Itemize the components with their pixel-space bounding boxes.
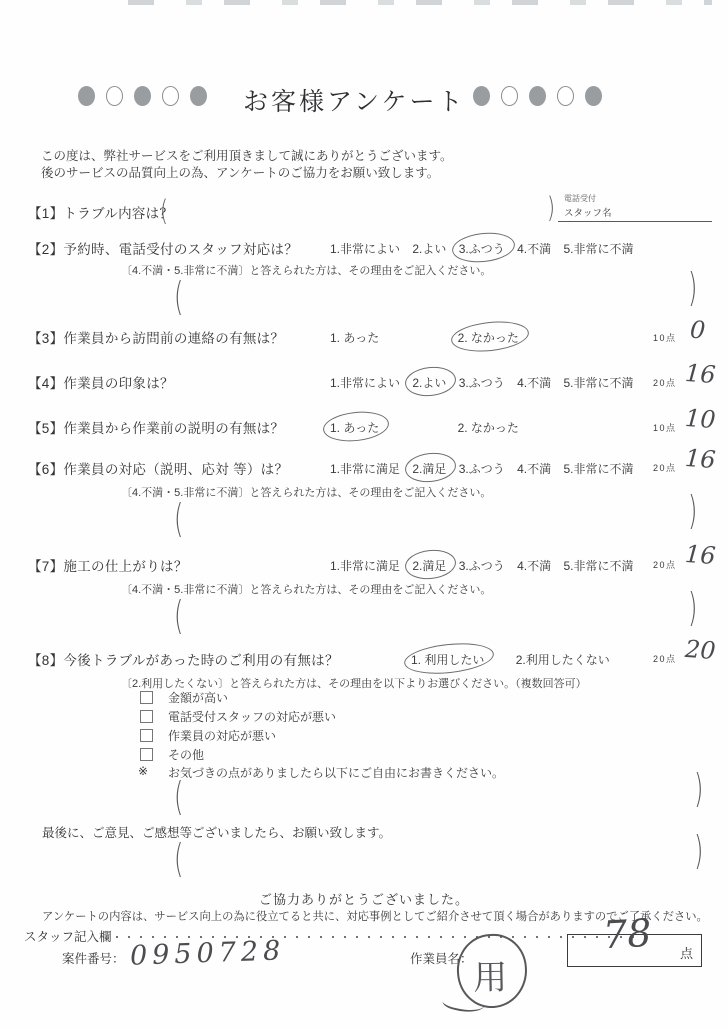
option: 4.不満: [517, 460, 551, 477]
question-8: 【8】今後トラブルがあった時のご利用の有無は？: [28, 649, 339, 669]
question-1-text: トラブル内容は？: [63, 206, 173, 221]
checkbox-label: その他: [168, 746, 204, 763]
handwritten-score: 16: [684, 540, 716, 570]
option-circled: 2.満足: [412, 557, 446, 574]
question-3: 【3】作業員から訪問前の連絡の有無は？: [28, 327, 284, 347]
dot-outline-icon: [557, 86, 574, 106]
intro-line-1: この度は、弊社サービスをご利用頂きまして誠にありがとうございます。: [41, 146, 453, 164]
question-7-text: 施工の仕上がりは？: [63, 559, 187, 574]
option: 3.ふつう: [459, 374, 505, 391]
staff-corner-line1: 電話受付: [564, 193, 596, 204]
points-label: 20点: [653, 461, 677, 474]
dot-outline-icon: [501, 86, 518, 106]
handwritten-score: 16: [684, 444, 716, 474]
points-label: 10点: [653, 331, 677, 344]
option: 2.よい: [412, 240, 446, 257]
option: 5.非常に不満: [563, 460, 633, 477]
option: 1.非常に満足: [330, 557, 400, 574]
free-response-bracket-close: [688, 493, 697, 532]
question-5-number: 【5】: [28, 421, 63, 436]
option: 1.非常に満足: [330, 460, 400, 477]
score-unit-label: 点: [680, 943, 693, 962]
question-3-options: 1. あった 2. なかった: [330, 329, 557, 346]
free-response-bracket-open: [174, 279, 183, 318]
question-7-options: 1.非常に満足 2.満足 3.ふつう 4.不満 5.非常に不満: [330, 557, 642, 574]
free-response-bracket-close: [688, 270, 697, 309]
dot-filled-icon: [134, 86, 151, 106]
staff-name-underline: [558, 221, 712, 222]
dot-outline-icon: [162, 86, 179, 106]
question-7-number: 【7】: [28, 559, 63, 574]
intro-line-2: 後のサービスの品質向上の為、アンケートのご協力をお願い致します。: [41, 163, 439, 181]
checkbox-price-high: [140, 691, 153, 704]
option: 5.非常に不満: [563, 374, 633, 391]
staff-corner-line2: スタッフ名: [564, 205, 612, 219]
question-3-number: 【3】: [28, 331, 63, 346]
free-response-bracket-open: [174, 598, 183, 637]
survey-form-page: お客様アンケート この度は、弊社サービスをご利用頂きまして誠にありがとうございま…: [0, 0, 728, 1029]
total-score-handwritten: 78: [602, 911, 653, 957]
handwritten-score: 0: [689, 316, 706, 345]
answer-bracket-close: [547, 193, 555, 222]
staff-entry-label: スタッフ記入欄: [24, 930, 112, 944]
points-label: 20点: [653, 558, 677, 571]
question-8-number: 【8】: [28, 653, 63, 668]
dot-filled-icon: [529, 86, 546, 106]
header-dots-left: [78, 86, 207, 106]
option: 3.ふつう: [459, 460, 505, 477]
points-label: 20点: [653, 376, 677, 389]
question-6-options: 1.非常に満足 2.満足 3.ふつう 4.不満 5.非常に不満: [330, 460, 642, 477]
option: 2.利用したくない: [516, 651, 610, 668]
question-8-text: 今後トラブルがあった時のご利用の有無は？: [63, 653, 338, 668]
option: 4.不満: [517, 240, 551, 257]
question-1: 【1】トラブル内容は？: [28, 202, 173, 222]
option-circled: 3.ふつう: [459, 240, 505, 257]
question-5: 【5】作業員から作業前の説明の有無は？: [28, 417, 284, 437]
question-2: 【2】予約時、電話受付のスタッフ対応は？: [28, 238, 298, 258]
checkbox-label: 電話受付スタッフの対応が悪い: [168, 708, 336, 725]
question-2-options: 1.非常によい 2.よい 3.ふつう 4.不満 5.非常に不満: [330, 240, 642, 257]
question-7: 【7】施工の仕上がりは？: [28, 555, 188, 575]
page-title: お客様アンケート: [243, 82, 466, 118]
option: 5.非常に不満: [563, 557, 633, 574]
option: 1. あった: [330, 329, 379, 346]
option-circled: 2.満足: [412, 460, 446, 477]
handwritten-score: 20: [684, 635, 716, 665]
free-comment-marker: ※: [138, 764, 148, 778]
dot-filled-icon: [473, 86, 490, 106]
header-dots-right: [473, 86, 602, 106]
option-circled: 2.よい: [412, 374, 446, 391]
points-label: 10点: [653, 421, 677, 434]
free-response-bracket-close: [688, 590, 697, 629]
question-6-text: 作業員の対応（説明、応対 等）は？: [63, 462, 288, 477]
free-response-bracket-open: [174, 501, 183, 540]
dot-filled-icon: [78, 86, 95, 106]
question-6-number: 【6】: [28, 462, 63, 477]
case-number-label: 案件番号：: [62, 949, 125, 967]
dot-outline-icon: [106, 86, 123, 106]
free-response-bracket-open: [174, 779, 183, 818]
free-comment-prompt: お気づきの点がありましたら以下にご自由にお書きください。: [168, 764, 504, 781]
scan-artifact-strip: [128, 0, 712, 5]
option-circled: 1. あった: [330, 419, 379, 436]
option: 5.非常に不満: [563, 240, 633, 257]
option: 4.不満: [517, 557, 551, 574]
thanks-message: ご協力ありがとうございました。: [0, 889, 728, 908]
question-5-options: 1. あった 2. なかった: [330, 419, 557, 436]
handwritten-score: 16: [684, 359, 716, 389]
worker-name-character: 用: [473, 950, 508, 1000]
checkbox-other: [140, 748, 153, 761]
question-4: 【4】作業員の印象は？: [28, 372, 174, 392]
question-1-number: 【1】: [28, 206, 63, 221]
checkbox-label: 作業員の対応が悪い: [168, 727, 276, 744]
question-4-options: 1.非常によい 2.よい 3.ふつう 4.不満 5.非常に不満: [330, 374, 642, 391]
question-4-text: 作業員の印象は？: [63, 376, 173, 391]
option-circled: 2. なかった: [458, 329, 519, 346]
option-circled: 1. 利用したい: [411, 651, 484, 668]
answer-bracket-open: [160, 196, 168, 225]
case-number-handwritten: 0950728: [130, 935, 286, 971]
dot-filled-icon: [585, 86, 602, 106]
final-comment-prompt: 最後に、ご意見、ご感想等ございましたら、お願い致します。: [42, 823, 391, 841]
option: 1.非常によい: [330, 240, 400, 257]
question-8-options: 1. 利用したい 2.利用したくない: [411, 651, 619, 668]
free-response-bracket-open: [174, 841, 183, 880]
question-2-number: 【2】: [28, 242, 63, 257]
question-5-text: 作業員から作業前の説明の有無は？: [63, 421, 284, 436]
free-response-bracket-close: [694, 771, 703, 810]
staff-entry-section: スタッフ記入欄・・・・・・・・・・・・・・・・・・・・・・・・・・・・・・・・・…: [24, 927, 652, 945]
option: 2. なかった: [458, 419, 519, 436]
checkbox-worker-bad: [140, 729, 153, 742]
option: 1.非常によい: [330, 374, 400, 391]
question-2-text: 予約時、電話受付のスタッフ対応は？: [63, 242, 298, 257]
points-label: 20点: [653, 652, 677, 665]
question-3-text: 作業員から訪問前の連絡の有無は？: [63, 331, 284, 346]
free-response-bracket-close: [694, 833, 703, 872]
question-4-number: 【4】: [28, 376, 63, 391]
checkbox-phone-staff-bad: [140, 710, 153, 723]
question-6: 【6】作業員の対応（説明、応対 等）は？: [28, 458, 288, 478]
handwritten-score: 10: [684, 404, 716, 434]
checkbox-label: 金額が高い: [168, 689, 228, 706]
option: 3.ふつう: [459, 557, 505, 574]
dot-filled-icon: [190, 86, 207, 106]
option: 4.不満: [517, 374, 551, 391]
